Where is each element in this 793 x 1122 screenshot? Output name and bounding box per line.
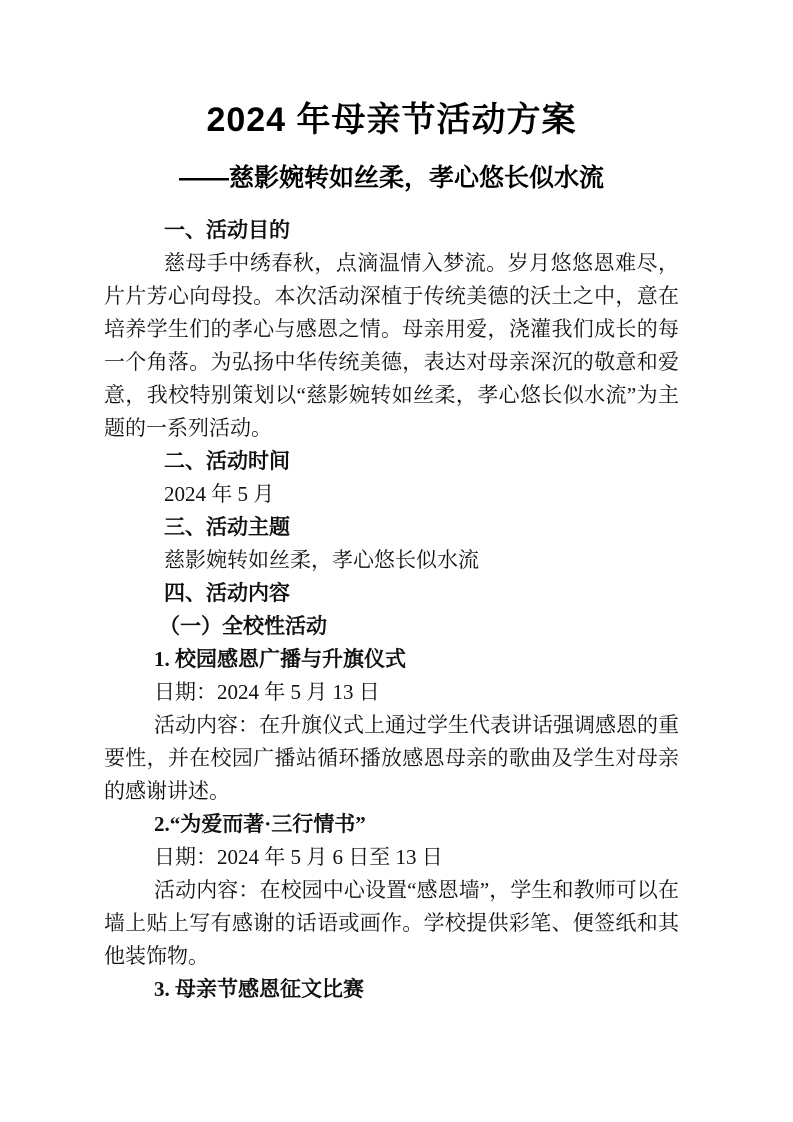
section-heading-time: 二、活动时间 — [104, 445, 679, 478]
subsection-heading-schoolwide: （一）全校性活动 — [104, 610, 679, 643]
document-page: 2024 年母亲节活动方案 ——慈影婉转如丝柔，孝心悠长似水流 一、活动目的 慈… — [0, 0, 793, 1122]
section-time-value: 2024 年 5 月 — [104, 478, 679, 511]
activity-1-date: 日期：2024 年 5 月 13 日 — [104, 676, 679, 709]
activity-1-description: 活动内容：在升旗仪式上通过学生代表讲话强调感恩的重要性，并在校园广播站循环播放感… — [104, 709, 679, 808]
section-heading-content: 四、活动内容 — [104, 577, 679, 610]
section-purpose-paragraph: 慈母手中绣春秋，点滴温情入梦流。岁月悠悠恩难尽，片片芳心向母投。本次活动深植于传… — [104, 247, 679, 445]
activity-2-title: 2.“为爱而著·三行情书” — [104, 808, 679, 841]
document-body: 一、活动目的 慈母手中绣春秋，点滴温情入梦流。岁月悠悠恩难尽，片片芳心向母投。本… — [104, 214, 679, 1006]
activity-3-title: 3. 母亲节感恩征文比赛 — [104, 973, 679, 1006]
activity-2-description: 活动内容：在校园中心设置“感恩墙”，学生和教师可以在墙上贴上写有感谢的话语或画作… — [104, 874, 679, 973]
activity-1-title: 1. 校园感恩广播与升旗仪式 — [104, 643, 679, 676]
document-content: 2024 年母亲节活动方案 ——慈影婉转如丝柔，孝心悠长似水流 一、活动目的 慈… — [104, 96, 679, 1006]
activity-2-date: 日期：2024 年 5 月 6 日至 13 日 — [104, 841, 679, 874]
document-title: 2024 年母亲节活动方案 — [104, 96, 679, 144]
section-theme-value: 慈影婉转如丝柔，孝心悠长似水流 — [104, 544, 679, 577]
document-subtitle: ——慈影婉转如丝柔，孝心悠长似水流 — [104, 160, 679, 196]
section-heading-purpose: 一、活动目的 — [104, 214, 679, 247]
section-heading-theme: 三、活动主题 — [104, 511, 679, 544]
